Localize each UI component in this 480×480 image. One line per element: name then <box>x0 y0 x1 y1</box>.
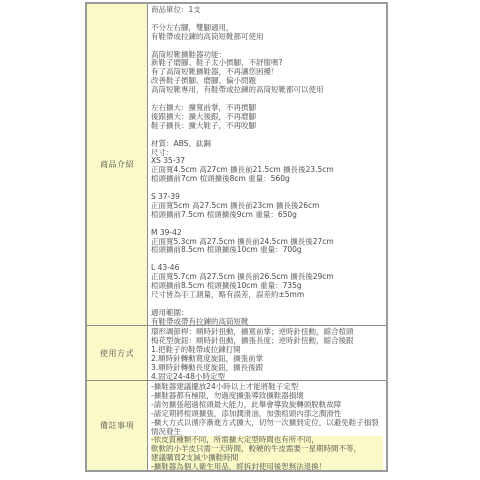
table-row: 商品介紹 商品單位：1支 不分左右腳，雙腳適用，有鞋帶或拉鍊的高筒短靴都可使用 … <box>87 4 386 325</box>
text-line: 尺寸： <box>151 149 383 158</box>
table-row: 使用方式 環形調節桿：順時針扭動，擴寬前掌；逆時針扭動，縮合楦頭梅花型旋鈕：順時… <box>87 325 386 380</box>
text-line <box>151 184 383 193</box>
row-content-cell: -擴鞋器建議擺放24小時以上才能將鞋子定型-擴鞋器都有極限，勿過度擴張導致擴鞋器… <box>148 381 386 470</box>
text-line: 4.固定24-48小時定型 <box>151 373 383 380</box>
table-row: 備註事項 -擴鞋器建議擺放24小時以上才能將鞋子定型-擴鞋器都有極限，勿過度擴張… <box>87 380 386 470</box>
text-line: 鞋子擴長：擴大鞋子，不再咬腳 <box>151 122 383 131</box>
text-line: 有鞋帶或拉鍊的高筒短靴都可使用 <box>151 33 383 42</box>
text-line: -擴大方式以循序漸進方式擴大，切勿一次擴到定位，以避免鞋子損裂情況發生 <box>151 419 383 437</box>
text-line: 材質：ABS、鈦鋼 <box>151 140 383 149</box>
text-line: 高筒短靴專用，有鞋帶或拉鍊的高筒短靴都可以使用 <box>151 86 383 95</box>
row-label-cell: 商品介紹 <box>87 4 148 325</box>
row-content-cell: 環形調節桿：順時針扭動，擴寬前掌；逆時針扭動，縮合楦頭梅花型旋鈕：順時針扭動，擴… <box>148 326 386 380</box>
row-label-cell: 備註事項 <box>87 381 148 470</box>
text-line: 有鞋帶或帶有拉鍊的高筒短靴 <box>151 318 383 325</box>
text-line: 商品單位：1支 <box>151 6 383 15</box>
row-label-cell: 使用方式 <box>87 326 148 380</box>
spec-table: 商品介紹 商品單位：1支 不分左右腳，雙腳適用，有鞋帶或拉鍊的高筒短靴都可使用 … <box>85 2 388 472</box>
row-content-cell: 商品單位：1支 不分左右腳，雙腳適用，有鞋帶或拉鍊的高筒短靴都可使用 高筒短靴擴… <box>148 4 386 325</box>
text-line <box>151 255 383 264</box>
text-line: 楦頭擴前7.5cm 楦頭擴後9cm 重量：650g <box>151 211 383 220</box>
page: 商品介紹 商品單位：1支 不分左右腳，雙腳適用，有鞋帶或拉鍊的高筒短靴都可使用 … <box>0 0 480 480</box>
text-line: -擴鞋器為個人衛生用品，經拆封使用後恕無法退換！ <box>151 463 383 470</box>
text-line: 楦頭擴前8.5cm 楦頭擴後10cm 重量：700g <box>151 246 383 255</box>
text-line: 楦頭擴前7cm 楦頭擴後8cm 重量：560g <box>151 175 383 184</box>
text-line <box>151 220 383 229</box>
text-line: 尺寸皆為手工測量，略有誤差，誤差約±5mm <box>151 291 383 300</box>
